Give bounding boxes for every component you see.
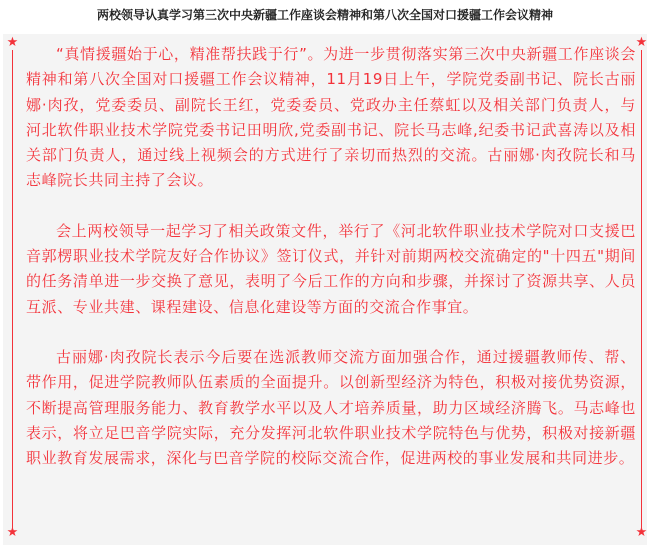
star-icon: ★ — [635, 526, 648, 539]
article-body-panel: ★ ★ ★ ★ “真情援疆始于心，精准帮扶践于行”。为进一步贯彻落实第三次中央新… — [3, 34, 647, 545]
article-title: 两校领导认真学习第三次中央新疆工作座谈会精神和第八次全国对口援疆工作会议精神 — [0, 0, 650, 34]
star-icon: ★ — [6, 526, 19, 539]
left-border-line — [12, 50, 13, 528]
right-border-line — [641, 50, 642, 528]
paragraph: 古丽娜·肉孜院长表示今后要在选派教师交流方面加强合作，通过援疆教师传、帮、带作用… — [26, 345, 636, 471]
star-icon: ★ — [635, 36, 648, 49]
star-icon: ★ — [6, 36, 19, 49]
article-content: “真情援疆始于心，精准帮扶践于行”。为进一步贯彻落实第三次中央新疆工作座谈会精神… — [26, 42, 636, 471]
paragraph: 会上两校领导一起学习了相关政策文件，举行了《河北软件职业技术学院对口支援巴音郭楞… — [26, 219, 636, 320]
paragraph: “真情援疆始于心，精准帮扶践于行”。为进一步贯彻落实第三次中央新疆工作座谈会精神… — [26, 42, 636, 194]
